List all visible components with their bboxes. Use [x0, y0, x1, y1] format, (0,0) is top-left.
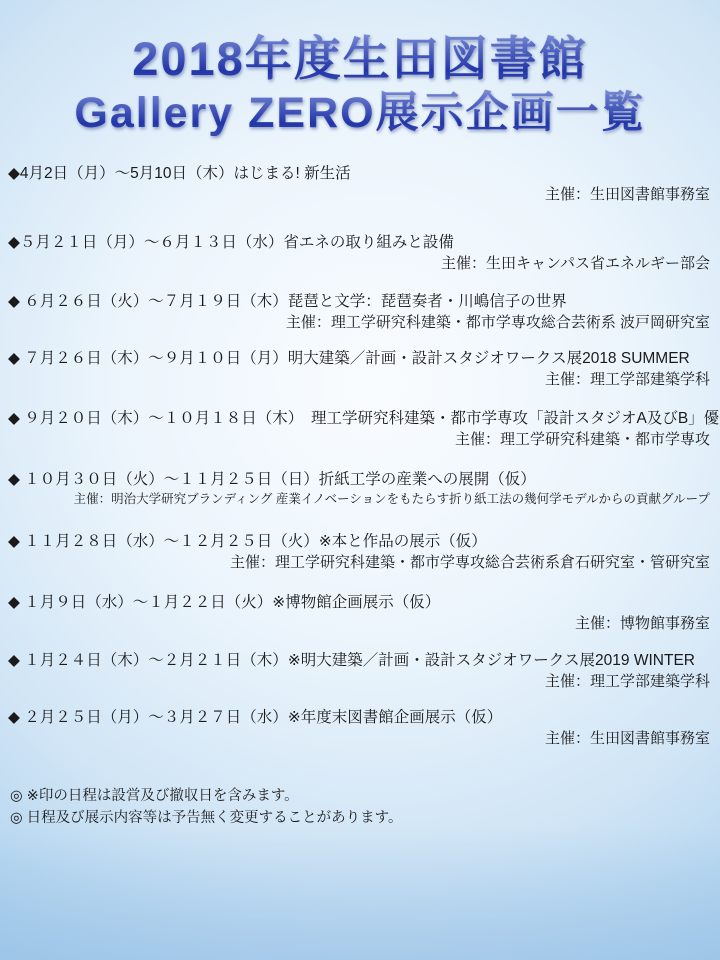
event-row: ◆ １０月３０日（火）～１１月２５日（日）折紙工学の産業への展開（仮） 主催：明… — [8, 469, 710, 508]
event-row: ◆ ２月２５日（月）～３月２７日（水）※年度末図書館企画展示（仮） 主催：生田図… — [8, 707, 710, 749]
slide-canvas: 2018年度生田図書館 Gallery ZERO展示企画一覧 ◆4月2日（月）～… — [0, 0, 720, 960]
event-organizer: 主催：博物館事務室 — [8, 613, 710, 634]
event-schedule: ◆ ６月２６日（火）～７月１９日（木）琵琶と文学：琵琶奏者・川嶋信子の世界 — [8, 291, 710, 312]
event-schedule: ◆ １１月２８日（水）～１２月２５日（火）※本と作品の展示（仮） — [8, 531, 710, 552]
event-organizer: 主催：理工学部建築学科 — [8, 369, 710, 390]
event-schedule: ◆ １月９日（水）～１月２２日（火）※博物館企画展示（仮） — [8, 592, 710, 613]
event-organizer: 主催：生田図書館事務室 — [8, 184, 710, 205]
event-row: ◆ ７月２６日（木）～９月１０日（月）明大建築／計画・設計スタジオワークス展20… — [8, 348, 710, 390]
event-row: ◆4月2日（月）～5月10日（木）はじまる! 新生活 主催：生田図書館事務室 — [8, 163, 710, 205]
event-row: ◆ １月２４日（木）～２月２１日（木）※明大建築／計画・設計スタジオワークス展2… — [8, 650, 710, 692]
event-schedule: ◆4月2日（月）～5月10日（木）はじまる! 新生活 — [8, 163, 710, 184]
page-title-line2: Gallery ZERO展示企画一覧 — [0, 79, 720, 140]
event-row: ◆ １１月２８日（水）～１２月２５日（火）※本と作品の展示（仮） 主催：理工学研… — [8, 531, 710, 573]
event-row: ◆ １月９日（水）～１月２２日（火）※博物館企画展示（仮） 主催：博物館事務室 — [8, 592, 710, 634]
event-organizer: 主催：生田キャンパス省エネルギー部会 — [8, 253, 710, 274]
event-schedule: ◆ ９月２０日（木）～１０月１８日（木） 理工学研究科建築・都市学専攻「設計スタ… — [8, 408, 710, 429]
note-line: ◎ 日程及び展示内容等は予告無く変更することがあります。 — [10, 808, 403, 830]
note-line: ◎ ※印の日程は設営及び撤収日を含みます。 — [10, 786, 403, 808]
event-schedule: ◆５月２１日（月）～６月１３日（水）省エネの取り組みと設備 — [8, 232, 710, 253]
event-organizer: 主催：理工学研究科建築・都市学専攻総合芸術系 波戸岡研究室 — [8, 312, 710, 333]
event-schedule: ◆ ２月２５日（月）～３月２７日（水）※年度末図書館企画展示（仮） — [8, 707, 710, 728]
event-row: ◆５月２１日（月）～６月１３日（水）省エネの取り組みと設備 主催：生田キャンパス… — [8, 232, 710, 274]
event-organizer: 主催：明治大学研究ブランディング 産業イノベーションをもたらす折り紙工法の幾何学… — [8, 490, 710, 508]
event-organizer: 主催：理工学研究科建築・都市学専攻総合芸術系倉石研究室・管研究室 — [8, 552, 710, 573]
event-schedule: ◆ １月２４日（木）～２月２１日（木）※明大建築／計画・設計スタジオワークス展2… — [8, 650, 710, 671]
event-organizer: 主催：理工学部建築学科 — [8, 671, 710, 692]
event-row: ◆ ６月２６日（火）～７月１９日（木）琵琶と文学：琵琶奏者・川嶋信子の世界 主催… — [8, 291, 710, 333]
event-schedule: ◆ １０月３０日（火）～１１月２５日（日）折紙工学の産業への展開（仮） — [8, 469, 710, 490]
event-schedule: ◆ ７月２６日（木）～９月１０日（月）明大建築／計画・設計スタジオワークス展20… — [8, 348, 710, 369]
footer-notes: ◎ ※印の日程は設営及び撤収日を含みます。 ◎ 日程及び展示内容等は予告無く変更… — [10, 786, 403, 829]
event-organizer: 主催：生田図書館事務室 — [8, 728, 710, 749]
event-row: ◆ ９月２０日（木）～１０月１８日（木） 理工学研究科建築・都市学専攻「設計スタ… — [8, 408, 710, 450]
event-organizer: 主催：理工学研究科建築・都市学専攻 — [8, 429, 710, 450]
